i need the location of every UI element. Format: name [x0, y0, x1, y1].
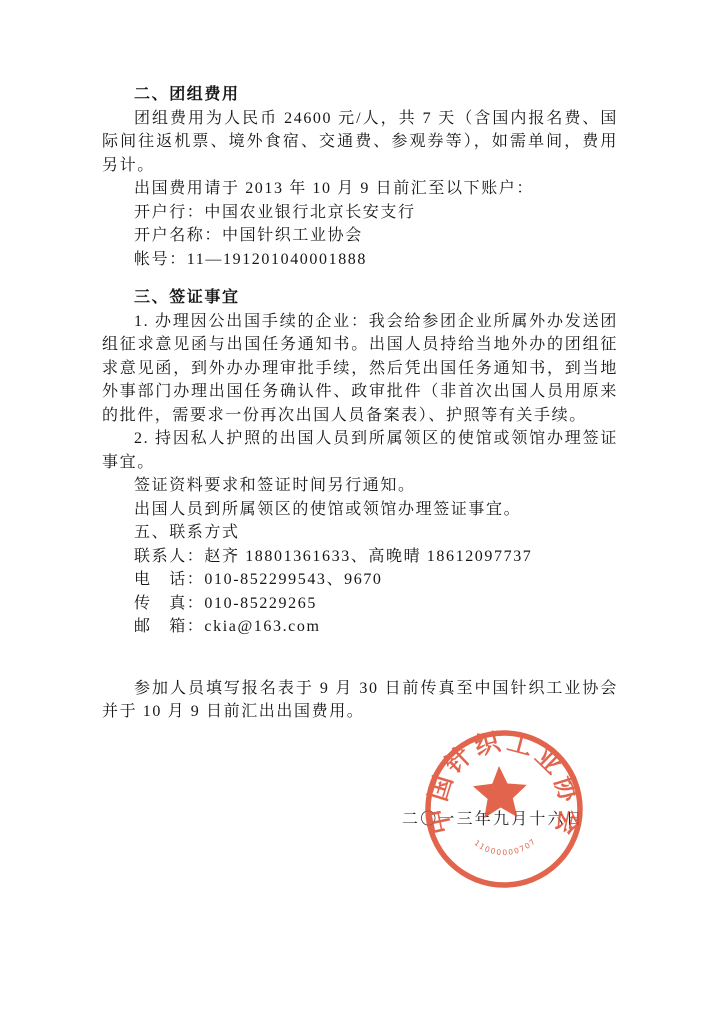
paragraph-visa-item-1: 1. 办理因公出国手续的企业：我会给参团企业所属外办发送团组征求意见函与出国任务… — [102, 310, 618, 428]
document-body: 二、团组费用 团组费用为人民币 24600 元/人，共 7 天（含国内报名费、国… — [102, 83, 618, 724]
paragraph-fee-details: 团组费用为人民币 24600 元/人，共 7 天（含国内报名费、国际间往返机票、… — [102, 107, 618, 178]
document-page: 二、团组费用 团组费用为人民币 24600 元/人，共 7 天（含国内报名费、国… — [0, 0, 715, 1011]
paragraph-visa-item-2: 2. 持因私人护照的出国人员到所属领区的使馆或领馆办理签证事宜。 — [102, 427, 618, 474]
section-heading-group-fees: 二、团组费用 — [102, 83, 618, 107]
star-icon — [473, 766, 527, 818]
paragraph-account-number: 帐号：11—191201040001888 — [102, 248, 618, 272]
section-heading-contact: 五、联系方式 — [102, 521, 618, 545]
paragraph-bank-name: 开户行：中国农业银行北京长安支行 — [102, 201, 618, 225]
paragraph-email: 邮 箱：ckia@163.com — [102, 615, 618, 639]
paragraph-fax: 传 真：010-85229265 — [102, 592, 618, 616]
paragraph-payment-deadline: 出国费用请于 2013 年 10 月 9 日前汇至以下账户： — [102, 177, 618, 201]
paragraph-visa-consulate: 出国人员到所属领区的使馆或领馆办理签证事宜。 — [102, 498, 618, 522]
paragraph-telephone: 电 话：010-852299543、9670 — [102, 568, 618, 592]
section-heading-visa: 三、签证事宜 — [102, 286, 618, 310]
paragraph-contact-persons: 联系人：赵齐 18801361633、高晚晴 18612097737 — [102, 545, 618, 569]
paragraph-visa-notice: 签证资料要求和签证时间另行通知。 — [102, 474, 618, 498]
official-seal: 中国针织工业协会 1100000070715 — [404, 709, 604, 909]
paragraph-account-name: 开户名称：中国针织工业协会 — [102, 224, 618, 248]
